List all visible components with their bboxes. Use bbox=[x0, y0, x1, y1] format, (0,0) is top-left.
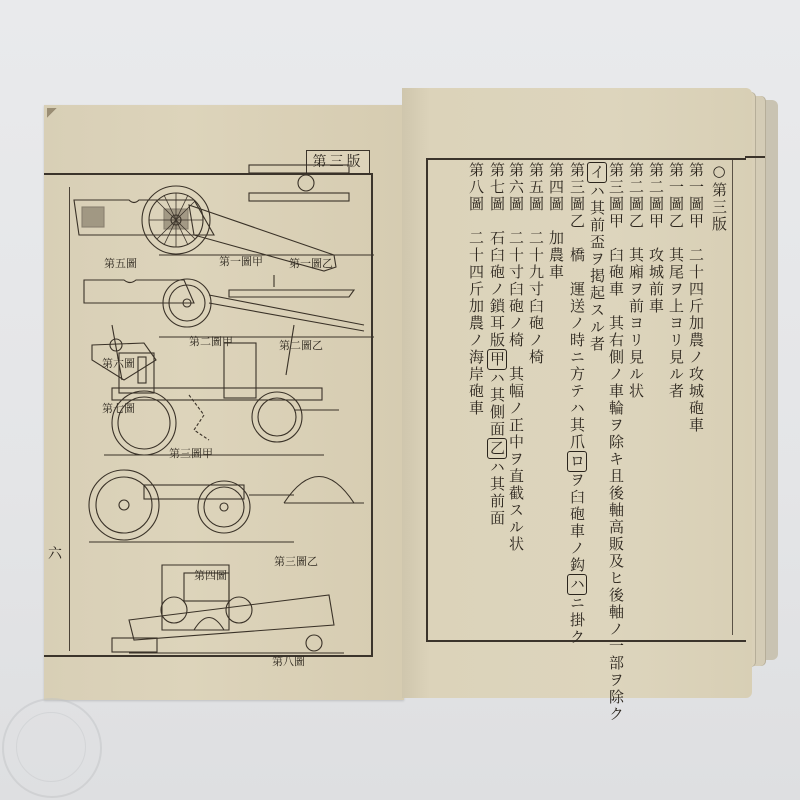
edge-rule bbox=[745, 156, 765, 158]
figure-label-6: 第六圖 bbox=[102, 355, 135, 371]
section-heading: ○第三版 bbox=[710, 162, 728, 233]
figure-label-2-ko: 第二圖甲 bbox=[189, 333, 233, 349]
caption-fig1-otsu: 第一圖乙 其尾ヲ上ヨリ見ル者 bbox=[667, 162, 685, 400]
caption-fig2-otsu: 第二圖乙 其廂ヲ前ヨリ見ル状 bbox=[627, 162, 645, 400]
figure-label-8: 第八圖 bbox=[272, 653, 305, 669]
figure-label-1-otsu: 第一圖乙 bbox=[289, 255, 333, 271]
figure-label-7: 第七圖 bbox=[102, 400, 135, 416]
caption-fig2-ko: 第二圖甲 攻城前車 bbox=[647, 162, 665, 315]
open-book: 第三版 六 bbox=[0, 0, 800, 800]
watermark-seal bbox=[2, 698, 102, 798]
caption-fig7: 第七圖 石臼砲ノ鎖耳版甲ハ其側面乙ハ其前面 bbox=[487, 162, 507, 527]
caption-fig3-ko: 第三圖甲 臼砲車 其右側ノ車輪ヲ除キ且後軸高販及ヒ後軸ノ一部ヲ除ク bbox=[607, 162, 625, 723]
figure-label-5: 第五圖 bbox=[104, 255, 137, 271]
caption-ref-i: イハ其前盃ヲ掲起スル者 bbox=[587, 162, 607, 353]
caption-fig6: 第六圖 二十寸臼砲ノ椅 其幅ノ正中ヲ直截スル状 bbox=[507, 162, 525, 553]
left-page-plate: 第三版 六 bbox=[44, 105, 404, 700]
figure-label-2-otsu: 第二圖乙 bbox=[279, 337, 323, 353]
caption-fig1-ko: 第一圖甲 二十四斤加農ノ攻城砲車 bbox=[687, 162, 705, 434]
caption-fig5: 第五圖 二十九寸臼砲ノ椅 bbox=[527, 162, 545, 366]
artillery-illustrations bbox=[44, 105, 404, 700]
right-page-text[interactable]: ○第三版 第一圖甲 二十四斤加農ノ攻城砲車 第一圖乙 其尾ヲ上ヨリ見ル者 第二圖… bbox=[402, 88, 752, 698]
figure-label-4: 第四圖 bbox=[194, 567, 227, 583]
caption-fig4: 第四圖 加農車 bbox=[547, 162, 565, 281]
figure-label-3-otsu: 第三圖乙 bbox=[274, 553, 318, 569]
caption-fig8: 第八圖 二十四斤加農ノ海岸砲車 bbox=[467, 162, 485, 417]
figure-label-3-ko: 第三圖甲 bbox=[169, 445, 213, 461]
figure-label-1-ko: 第一圖甲 bbox=[219, 253, 263, 269]
caption-fig3-otsu: 第三圖乙 橋 運送ノ時ニ方テハ其爪ロヲ臼砲車ノ鈎ハニ掛ク bbox=[567, 162, 587, 646]
inner-rule bbox=[732, 160, 733, 635]
